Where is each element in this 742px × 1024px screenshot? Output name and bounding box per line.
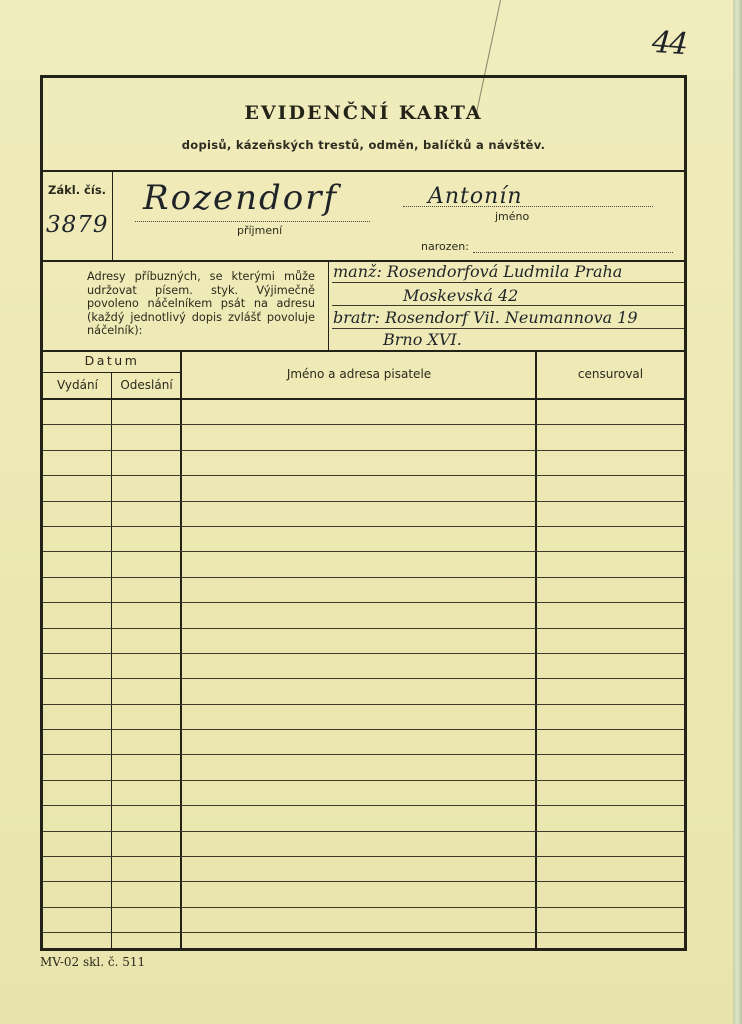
identity-row: Zákl. čís. 3879 Rozendorf příjmení Anton… [43, 170, 684, 262]
correspondence-table: Datum Vydání Odeslání Jméno a adresa pis… [43, 350, 684, 948]
page-number: 44 [651, 25, 688, 62]
born-dotted-line [473, 252, 673, 253]
address-rule [332, 282, 684, 283]
table-row[interactable] [43, 578, 684, 603]
card-subtitle: dopisů, kázeňských trestů, odměn, balíčk… [43, 138, 684, 152]
addresses-label-cell: Adresy příbuzných, se kterými může udržo… [43, 260, 329, 350]
born-label: narozen: [421, 240, 469, 253]
address-entry-2-line1[interactable]: bratr: Rosendorf Vil. Neumannova 19 [333, 308, 638, 327]
table-header: Datum Vydání Odeslání Jméno a adresa pis… [43, 350, 684, 400]
address-entry-2-line2[interactable]: Brno XVI. [383, 330, 462, 349]
addresses-label: Adresy příbuzných, se kterými může udržo… [87, 270, 315, 338]
card-header: EVIDENČNÍ KARTA dopisů, kázeňských trest… [43, 78, 684, 172]
address-entry-1-line1[interactable]: manž: Rosendorfová Ludmila Praha [333, 262, 622, 281]
table-row[interactable] [43, 527, 684, 552]
table-row[interactable] [43, 552, 684, 577]
address-rule [332, 328, 684, 329]
card-title: EVIDENČNÍ KARTA [43, 102, 684, 124]
table-row[interactable] [43, 705, 684, 730]
basic-number-label: Zákl. čís. [48, 183, 106, 197]
table-row[interactable] [43, 882, 684, 907]
basic-number-cell: Zákl. čís. 3879 [43, 170, 113, 260]
table-row[interactable] [43, 400, 684, 425]
table-row[interactable] [43, 908, 684, 933]
surname-dotted-line [135, 221, 370, 222]
table-row[interactable] [43, 679, 684, 704]
addresses-row: Adresy příbuzných, se kterými může udržo… [43, 260, 684, 352]
table-row[interactable] [43, 806, 684, 831]
table-row[interactable] [43, 425, 684, 450]
basic-number-value[interactable]: 3879 [46, 212, 109, 238]
table-row[interactable] [43, 730, 684, 755]
table-row[interactable] [43, 476, 684, 501]
table-row[interactable] [43, 832, 684, 857]
column-header-censored: censuroval [537, 350, 684, 398]
address-entry-1-line2[interactable]: Moskevská 42 [403, 286, 518, 305]
table-row[interactable] [43, 603, 684, 628]
table-row[interactable] [43, 502, 684, 527]
name-dotted-line [403, 206, 653, 207]
column-header-writer: Jméno a adresa pisatele [182, 350, 536, 398]
table-row[interactable] [43, 755, 684, 780]
column-header-issued: Vydání [43, 372, 112, 398]
table-body [43, 400, 684, 948]
record-card-frame: EVIDENČNÍ KARTA dopisů, kázeňských trest… [40, 75, 687, 951]
surname-label: příjmení [237, 224, 282, 237]
address-rule [332, 305, 684, 306]
table-row[interactable] [43, 451, 684, 476]
form-code: MV-02 skl. č. 511 [40, 955, 145, 969]
name-label: jméno [495, 210, 529, 223]
table-row[interactable] [43, 781, 684, 806]
card-paper: 44 EVIDENČNÍ KARTA dopisů, kázeňských tr… [0, 0, 733, 1024]
table-row[interactable] [43, 629, 684, 654]
table-row[interactable] [43, 857, 684, 882]
table-row[interactable] [43, 654, 684, 679]
surname-value[interactable]: Rozendorf [143, 178, 338, 218]
column-group-datum: Datum [43, 350, 181, 373]
page-edge [733, 0, 742, 1024]
column-header-sent: Odeslání [112, 372, 181, 398]
